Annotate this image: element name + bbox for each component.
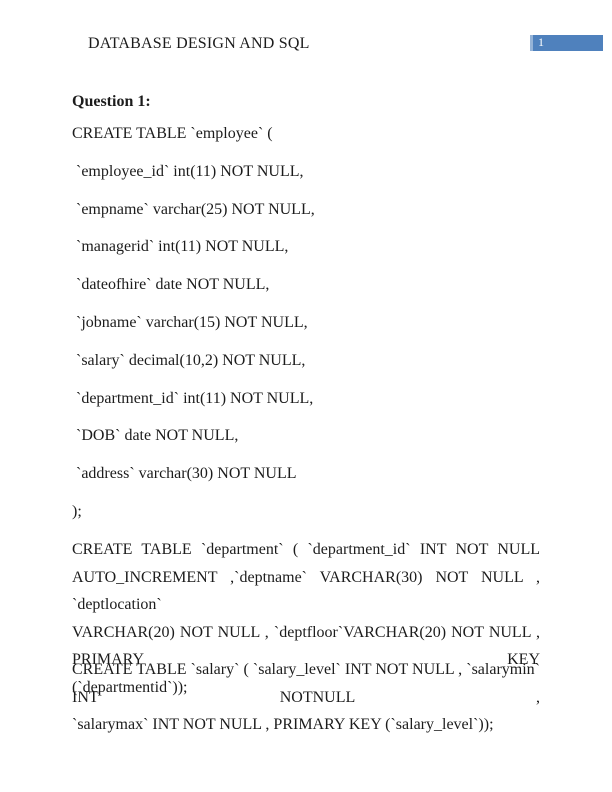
sql-line-jobname: `jobname` varchar(15) NOT NULL, [72,304,540,342]
page-number: 1 [538,35,544,49]
sql-line-salary-1: CREATE TABLE `salary` ( `salary_level` I… [72,656,540,711]
sql-line-empname: `empname` varchar(25) NOT NULL, [72,191,540,229]
sql-line-create-employee: CREATE TABLE `employee` ( [72,115,540,153]
sql-line-department-1: CREATE TABLE `department` ( `department_… [72,536,540,564]
sql-line-department-2: AUTO_INCREMENT ,`deptname` VARCHAR(30) N… [72,564,540,619]
sql-line-employee-id: `employee_id` int(11) NOT NULL, [72,153,540,191]
sql-line-address: `address` varchar(30) NOT NULL [72,455,540,493]
sql-create-employee-block: CREATE TABLE `employee` ( `employee_id` … [72,115,540,531]
question-heading: Question 1: [72,93,151,111]
running-head-title: DATABASE DESIGN AND SQL [88,35,310,53]
sql-line-close-paren: ); [72,493,540,531]
sql-line-dateofhire: `dateofhire` date NOT NULL, [72,266,540,304]
sql-line-dob: `DOB` date NOT NULL, [72,417,540,455]
sql-line-salary-2: `salarymax` INT NOT NULL , PRIMARY KEY (… [72,711,540,739]
sql-create-salary-block: CREATE TABLE `salary` ( `salary_level` I… [72,656,540,739]
sql-line-salary: `salary` decimal(10,2) NOT NULL, [72,342,540,380]
sql-line-department-id: `department_id` int(11) NOT NULL, [72,380,540,418]
page-number-badge: 1 [530,35,603,51]
document-page: DATABASE DESIGN AND SQL 1 Question 1: CR… [0,0,612,792]
sql-line-managerid: `managerid` int(11) NOT NULL, [72,228,540,266]
